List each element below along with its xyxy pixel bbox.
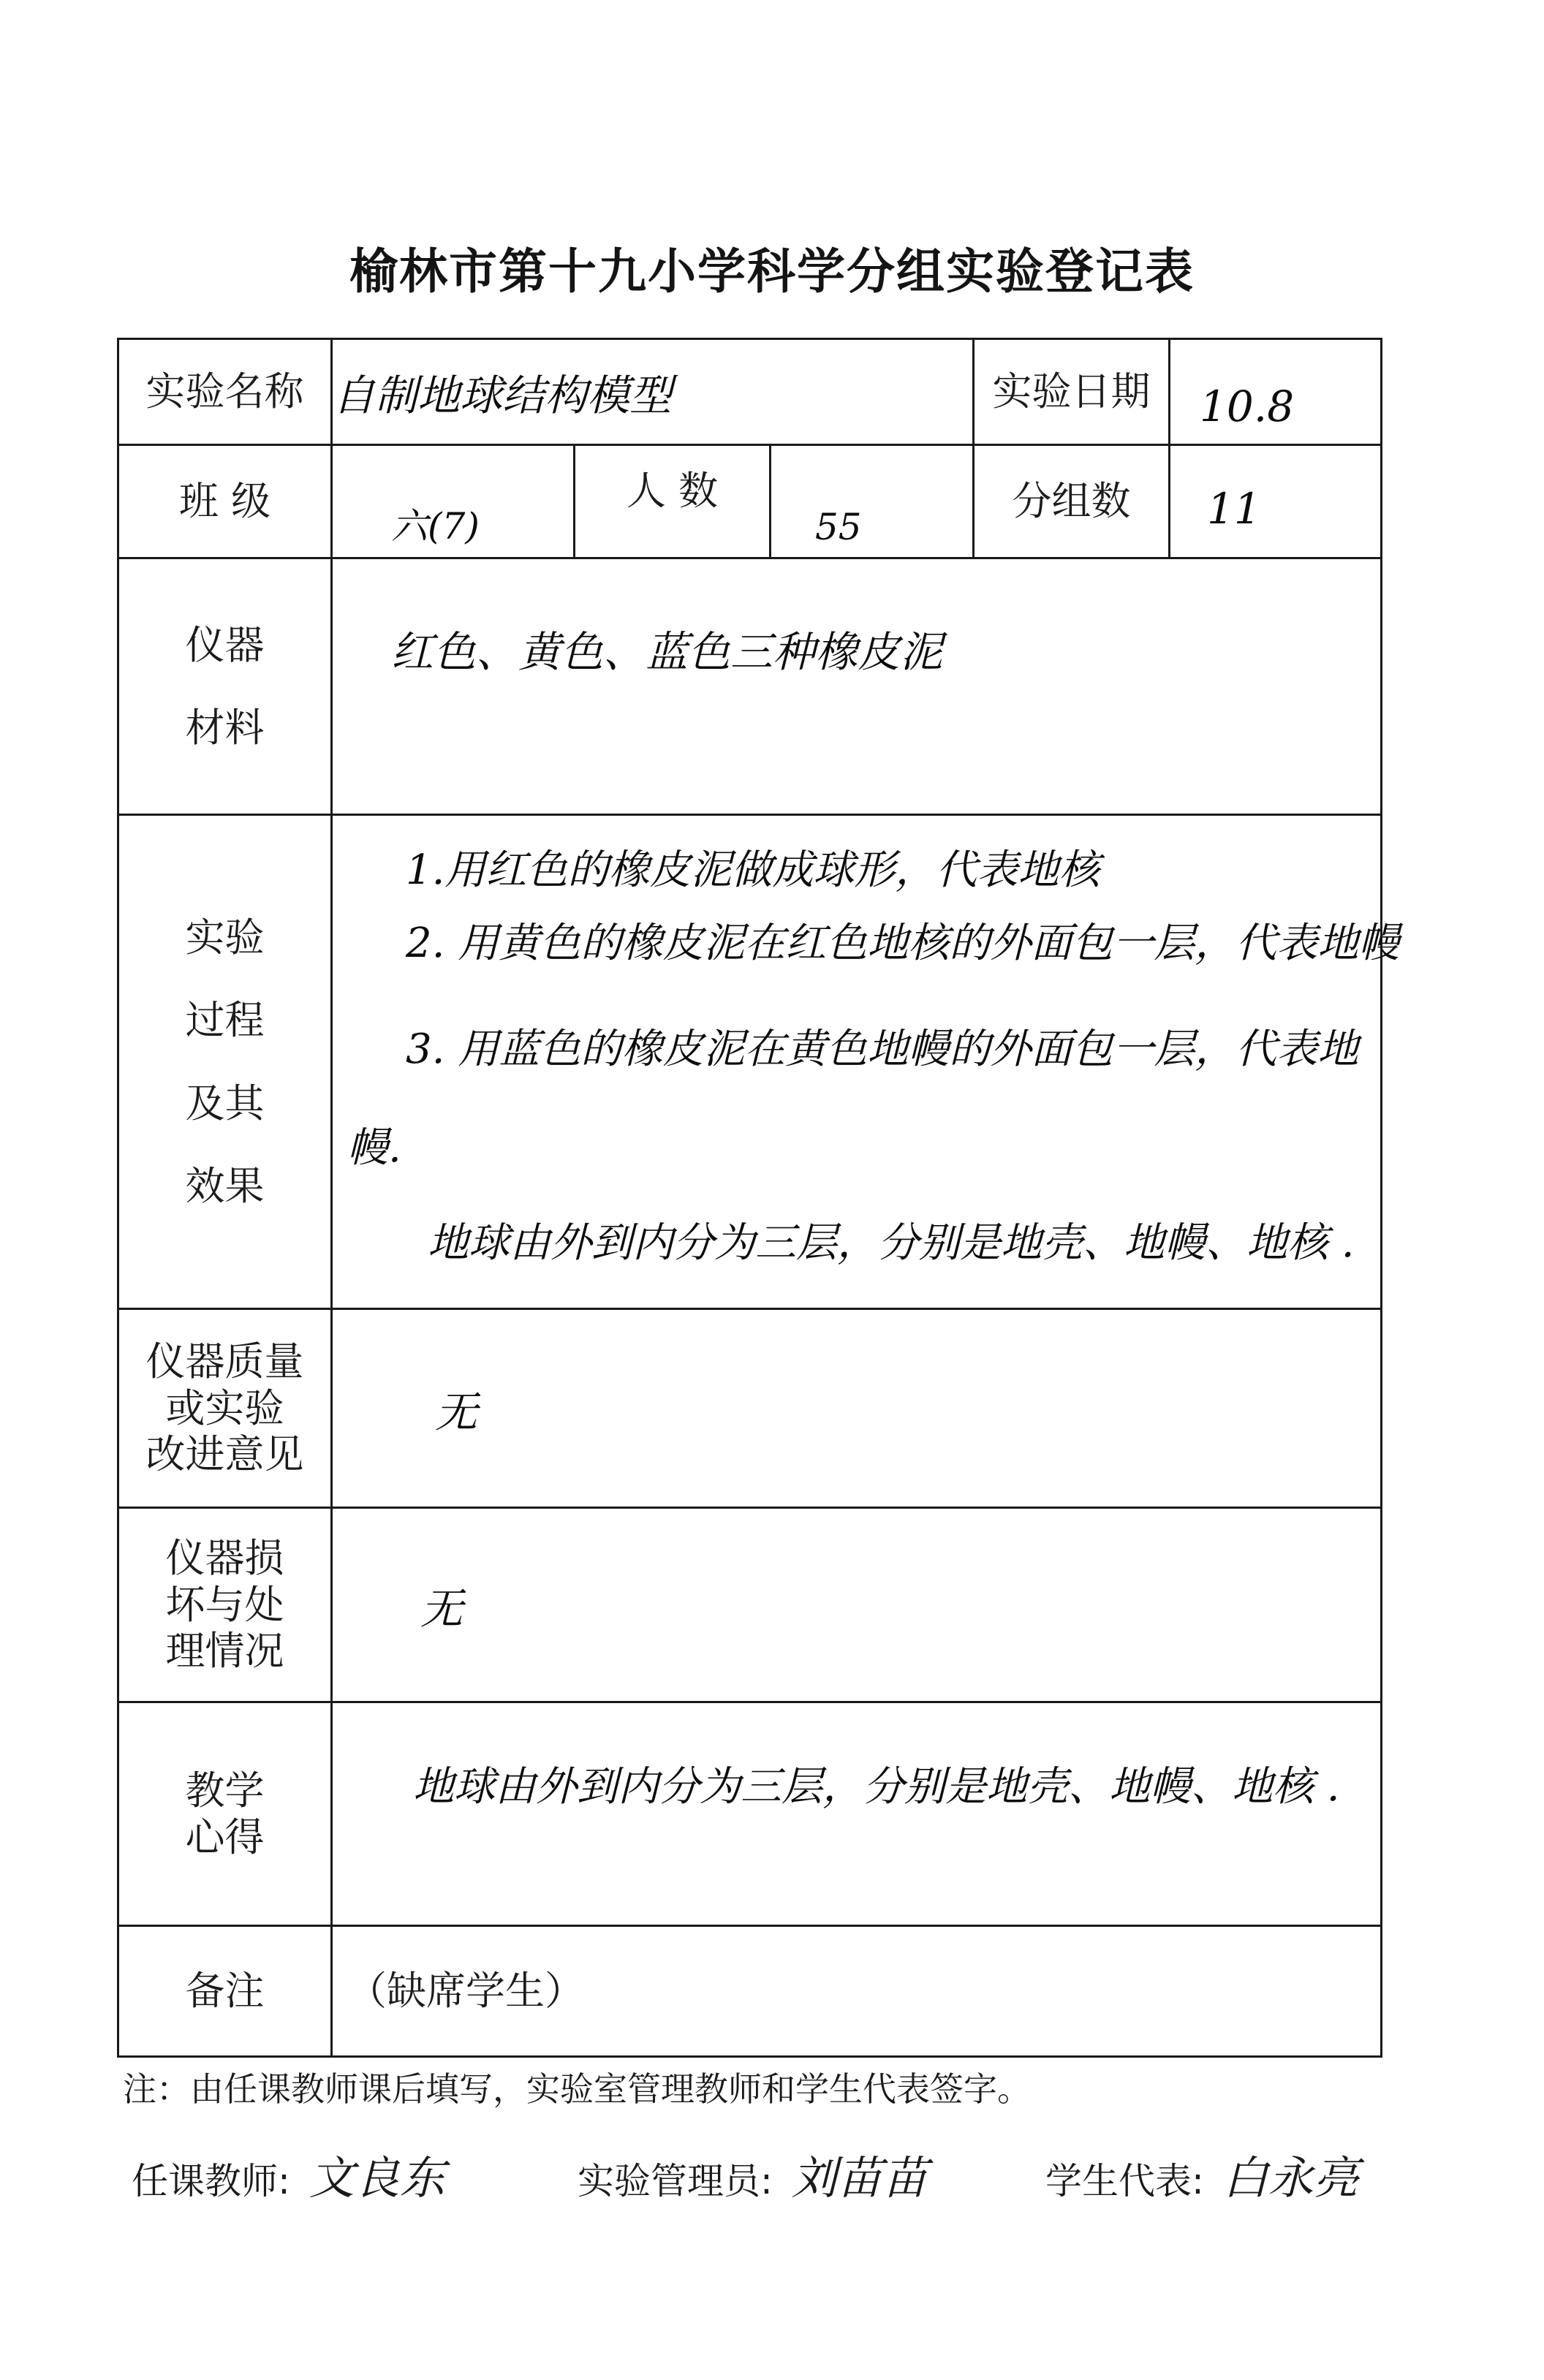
label-process: 实验 过程 及其 效果 — [118, 815, 332, 1309]
label-experiment-date: 实验日期 — [974, 339, 1170, 445]
row-reflection: 教学 心得 地球由外到内分为三层，分别是地壳、地幔、地核 . — [118, 1702, 1382, 1926]
label-group-count: 分组数 — [974, 445, 1170, 558]
row-remarks: 备注 （缺席学生） — [118, 1926, 1382, 2057]
row-improvement: 仪器质量 或实验 改进意见 无 — [118, 1309, 1382, 1508]
signature-row: 任课教师: 文良东 实验管理员: 刘苗苗 学生代表: 白永亮 — [0, 2120, 1544, 2222]
field-experiment-name[interactable]: 自制地球结构模型 — [332, 339, 974, 445]
label-improvement: 仪器质量 或实验 改进意见 — [118, 1309, 332, 1508]
process-step-3-cont: 幔. — [347, 1115, 401, 1174]
label-experiment-name: 实验名称 — [118, 339, 332, 445]
field-materials[interactable]: 红色、黄色、蓝色三种橡皮泥 — [332, 558, 1382, 815]
experiment-registration-form: 实验名称 自制地球结构模型 实验日期 10.8 班 级 六(7) 人 数 55 … — [117, 338, 1382, 2058]
process-step-1: 1.用红色的橡皮泥做成球形，代表地核 — [406, 838, 1100, 896]
field-headcount[interactable]: 55 — [771, 445, 974, 558]
signature-student-rep-name[interactable]: 白永亮 — [1223, 2151, 1359, 2205]
field-damage[interactable]: 无 — [332, 1508, 1382, 1702]
field-experiment-date[interactable]: 10.8 — [1170, 339, 1382, 445]
signature-teacher: 任课教师: 文良东 — [132, 2142, 445, 2207]
field-remarks[interactable]: （缺席学生） — [332, 1926, 1382, 2057]
field-reflection[interactable]: 地球由外到内分为三层，分别是地壳、地幔、地核 . — [332, 1702, 1382, 1926]
signature-lab-manager: 实验管理员: 刘苗苗 — [578, 2142, 928, 2207]
label-damage: 仪器损 坏与处 理情况 — [118, 1508, 332, 1702]
field-process[interactable]: 1.用红色的橡皮泥做成球形，代表地核 2. 用黄色的橡皮泥在红色地核的外面包一层… — [332, 815, 1382, 1309]
signature-student-rep: 学生代表: 白永亮 — [1045, 2142, 1359, 2207]
label-materials: 仪器 材料 — [118, 558, 332, 815]
row-experiment-name: 实验名称 自制地球结构模型 实验日期 10.8 — [118, 339, 1382, 445]
row-class-info: 班 级 六(7) 人 数 55 分组数 11 — [118, 445, 1382, 558]
signature-teacher-label: 任课教师: — [132, 2160, 290, 2202]
label-remarks: 备注 — [118, 1926, 332, 2057]
process-step-2: 2. 用黄色的橡皮泥在红色地核的外面包一层，代表地幔 — [406, 911, 1399, 969]
field-improvement[interactable]: 无 — [332, 1309, 1382, 1508]
footer-note: 注：由任课教师课后填写，实验室管理教师和学生代表签字。 — [123, 2063, 1031, 2111]
row-materials: 仪器 材料 红色、黄色、蓝色三种橡皮泥 — [118, 558, 1382, 815]
label-reflection: 教学 心得 — [118, 1702, 332, 1926]
row-process: 实验 过程 及其 效果 1.用红色的橡皮泥做成球形，代表地核 2. 用黄色的橡皮… — [118, 815, 1382, 1309]
field-class[interactable]: 六(7) — [332, 445, 575, 558]
signature-teacher-name[interactable]: 文良东 — [309, 2151, 445, 2205]
process-result: 地球由外到内分为三层，分别是地壳、地幔、地核 . — [428, 1210, 1355, 1269]
signature-lab-manager-label: 实验管理员: — [578, 2160, 773, 2202]
row-damage: 仪器损 坏与处 理情况 无 — [118, 1508, 1382, 1702]
label-class: 班 级 — [118, 445, 332, 558]
signature-lab-manager-name[interactable]: 刘苗苗 — [792, 2151, 928, 2205]
label-headcount: 人 数 — [575, 445, 771, 558]
process-step-3: 3. 用蓝色的橡皮泥在黄色地幔的外面包一层，代表地 — [406, 1017, 1358, 1075]
field-group-count[interactable]: 11 — [1170, 445, 1382, 558]
signature-student-rep-label: 学生代表: — [1045, 2160, 1204, 2202]
document-title: 榆林市第十九小学科学分组实验登记表 — [0, 232, 1544, 302]
